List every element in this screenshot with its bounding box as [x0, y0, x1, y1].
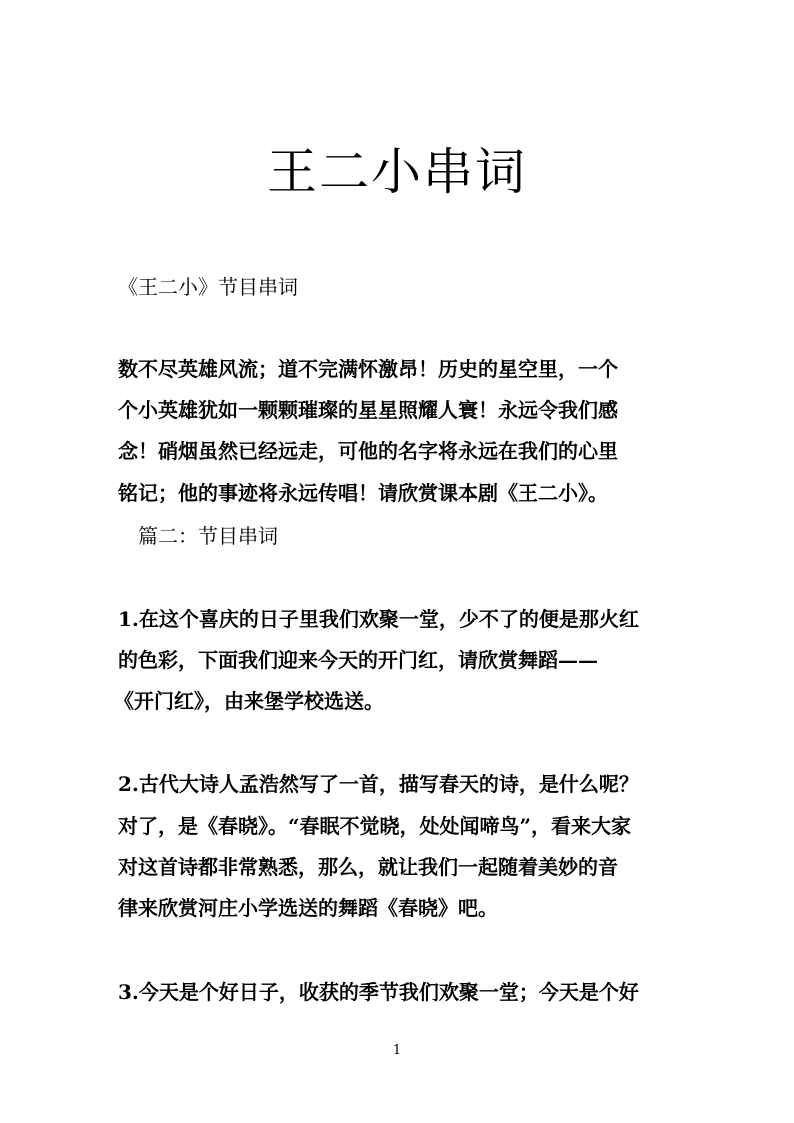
intro-line-4: 铭记；他的事迹将永远传唱！请欣赏课本剧《王二小》。 — [118, 479, 608, 507]
intro-line-2: 个小英雄犹如一颗颗璀璨的星星照耀人寰！永远令我们感 — [118, 396, 618, 424]
intro-line-1: 数不尽英雄风流；道不完满怀激昂！历史的星空里，一个 — [118, 355, 618, 383]
item2-line-4: 律来欣赏河庄小学选送的舞蹈《春晓》吧。 — [118, 894, 498, 922]
subtitle: 《王二小》节目串词 — [118, 273, 298, 301]
document-page: 王二小串词 《王二小》节目串词 数不尽英雄风流；道不完满怀激昂！历史的星空里，一… — [0, 0, 794, 1123]
document-title: 王二小串词 — [0, 142, 794, 202]
item3-line-1: 3.今天是个好日子，收获的季节我们欢聚一堂；今天是个好 — [118, 978, 639, 1006]
item1-line-3: 《开门红》，由来堡学校选送。 — [114, 687, 384, 715]
item1-line-1: 1.在这个喜庆的日子里我们欢聚一堂，少不了的便是那火红 — [118, 605, 639, 633]
item1-line-2: 的色彩，下面我们迎来今天的开门红，请欣赏舞蹈—— — [118, 646, 598, 674]
intro-line-3: 念！硝烟虽然已经远走，可他的名字将永远在我们的心里 — [118, 437, 618, 465]
item2-line-3: 对这首诗都非常熟悉，那么，就让我们一起随着美妙的音 — [118, 853, 618, 881]
item2-line-2: 对了，是《春晓》。“春眠不觉晓，处处闻啼鸟”，看来大家 — [118, 812, 631, 840]
item2-line-1: 2.古代大诗人孟浩然写了一首，描写春天的诗，是什么呢？ — [118, 770, 639, 798]
page-number: 1 — [0, 1043, 794, 1059]
section-heading: 篇二：节目串词 — [138, 522, 278, 550]
